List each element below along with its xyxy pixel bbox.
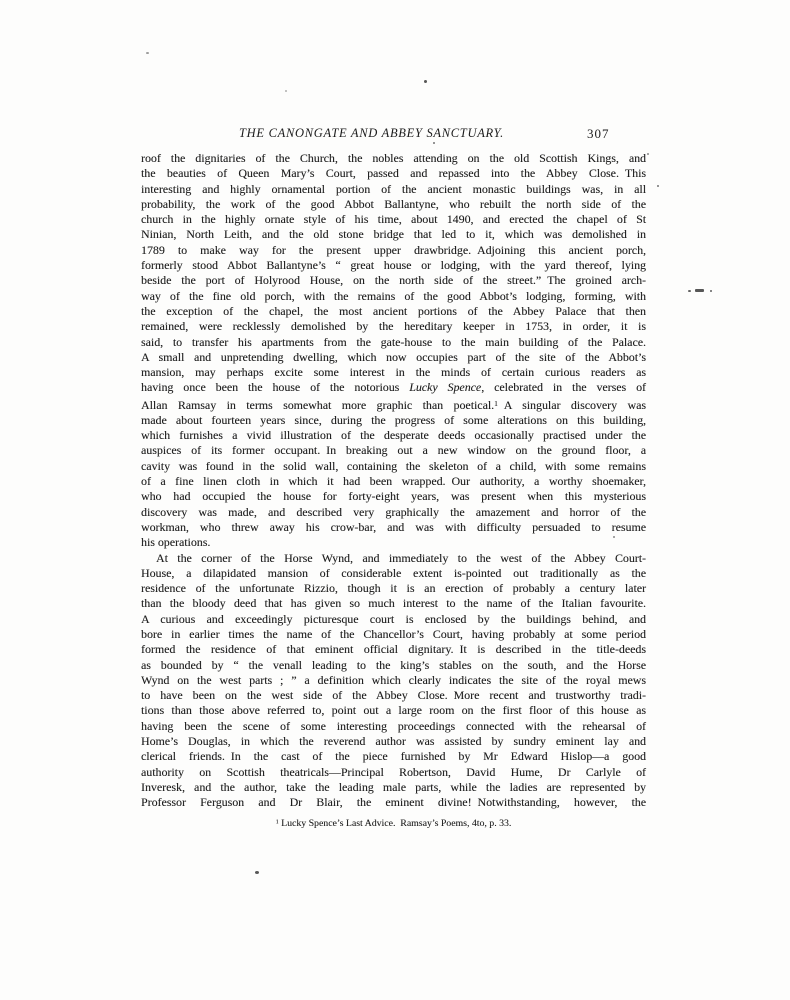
text-line: workman, who threw away his crow-bar, an… (141, 520, 646, 535)
text-line: as bounded by “ the venall leading to th… (141, 658, 646, 673)
text-line: Wynd on the west parts ; ” a definition … (141, 673, 646, 688)
text-line: remained, were recklessly demolished by … (141, 319, 646, 334)
ink-speck (647, 153, 649, 155)
text-line: Allan Ramsay in terms somewhat more grap… (141, 396, 646, 413)
text-line: formerly stood Abbot Ballantyne’s “ grea… (141, 258, 646, 273)
text-line: to have been on the west side of the Abb… (141, 688, 646, 703)
text-line: roof the dignitaries of the Church, the … (141, 151, 646, 166)
body-text: roof the dignitaries of the Church, the … (141, 151, 646, 811)
text-line: having been the scene of some interestin… (141, 719, 646, 734)
ink-speck (613, 536, 615, 538)
text-line: his operations. (141, 535, 646, 550)
text-line: made about fourteen years since, during … (141, 413, 646, 428)
text-line: probability, the work of the good Abbot … (141, 197, 646, 212)
text-line: of a fine linen cloth in which it had be… (141, 474, 646, 489)
text-line: Inveresk, and the author, take the leadi… (141, 780, 646, 795)
margin-mark (710, 290, 712, 292)
ink-speck (285, 90, 287, 92)
text-line: formed the residence of that eminent off… (141, 642, 646, 657)
text-line: bore in earlier times the name of the Ch… (141, 627, 646, 642)
text-line: authority on Scottish theatricals—Princi… (141, 765, 646, 780)
ink-speck (146, 52, 149, 54)
text-line: the beauties of Queen Mary’s Court, pass… (141, 166, 646, 181)
text-line: House, a dilapidated mansion of consider… (141, 566, 646, 581)
text-line: Professor Ferguson and Dr Blair, the emi… (141, 795, 646, 810)
text-line: discovery was made, and described very g… (141, 505, 646, 520)
text-line: the exception of the chapel, the most an… (141, 304, 646, 319)
text-line: 1789 to make way for the present upper d… (141, 243, 646, 258)
text-line: interesting and highly ornamental portio… (141, 182, 646, 197)
text-line: mansion, may perhaps excite some interes… (141, 365, 646, 380)
text-line: beside the port of Holyrood House, on th… (141, 273, 646, 288)
text-line: than the bloody deed that has given so m… (141, 596, 646, 611)
text-line: Home’s Douglas, in which the reverend au… (141, 734, 646, 749)
book-page: THE CANONGATE AND ABBEY SANCTUARY. 307 r… (0, 0, 790, 1000)
text-line: clerical friends. In the cast of the pie… (141, 749, 646, 764)
ink-speck (657, 185, 659, 187)
text-line: who had occupied the house for forty-eig… (141, 489, 646, 504)
footnote: 1 Lucky Spence’s Last Advice. Ramsay’s P… (141, 818, 646, 829)
text-line: having once been the house of the notori… (141, 380, 646, 395)
text-line: said, to transfer his apartments from th… (141, 335, 646, 350)
margin-mark (695, 289, 704, 292)
page-header: THE CANONGATE AND ABBEY SANCTUARY. 307 (141, 126, 646, 144)
ink-speck (255, 871, 259, 874)
text-line: which furnishes a vivid illustration of … (141, 428, 646, 443)
text-line: A small and unpretending dwelling, which… (141, 350, 646, 365)
running-title: THE CANONGATE AND ABBEY SANCTUARY. (119, 126, 624, 141)
text-line: A curious and exceedingly picturesque co… (141, 612, 646, 627)
margin-mark (688, 290, 691, 292)
text-line: church in the highly ornate style of his… (141, 212, 646, 227)
ink-speck (433, 142, 435, 144)
ink-speck (424, 80, 427, 83)
text-line: tions than those above referred to, poin… (141, 703, 646, 718)
page-number: 307 (587, 126, 610, 142)
text-line: Ninian, North Leith, and the old stone b… (141, 227, 646, 242)
text-line: At the corner of the Horse Wynd, and imm… (141, 551, 646, 566)
text-line: way of the fine old porch, with the rema… (141, 289, 646, 304)
text-line: auspices of its former occupant. In brea… (141, 443, 646, 458)
text-line: residence of the unfortunate Rizzio, tho… (141, 581, 646, 596)
text-line: cavity was found in the solid wall, cont… (141, 459, 646, 474)
